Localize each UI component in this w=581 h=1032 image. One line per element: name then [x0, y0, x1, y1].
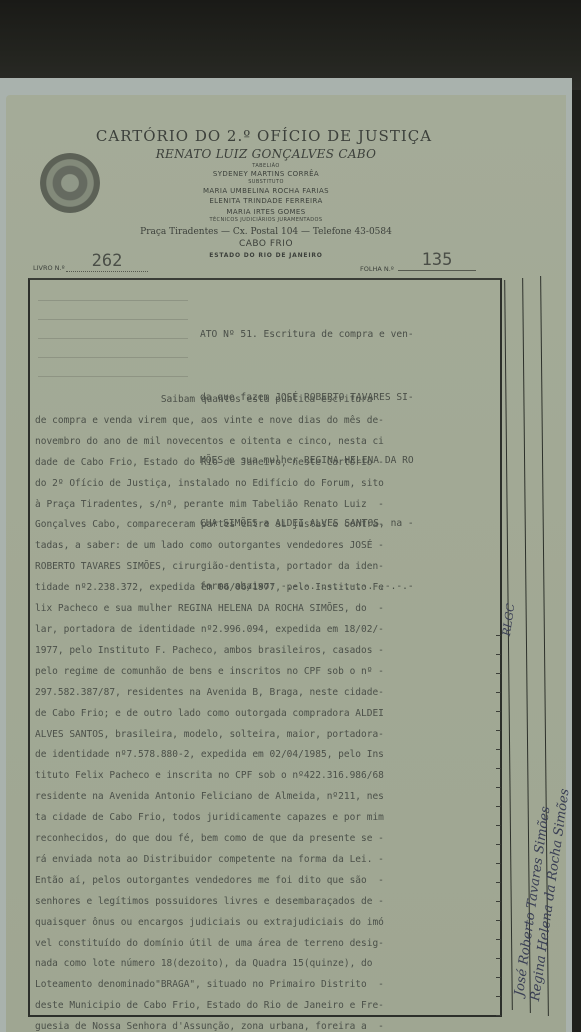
margin-tick — [496, 768, 501, 769]
staff-role: TÉCNICOS JUDICIÁRIOS JURAMENTADOS — [136, 217, 396, 223]
margin-tick — [496, 635, 501, 636]
staff-3: MARIA IRTES GOMES — [136, 208, 396, 216]
faint-ruled-lines — [38, 300, 188, 395]
deed-line: residente na Avenida Antonio Feliciano d… — [35, 787, 500, 808]
deed-line: lar, portadora de identidade nº2.996.094… — [35, 620, 500, 641]
deed-line: do 2º Ofício de Justiça, instalado no Ed… — [35, 474, 500, 495]
deed-line: reconhecidos, do que dou fé, bem como de… — [35, 829, 500, 850]
deed-line: Loteamento denominado"BRAGA", situado no… — [35, 975, 500, 996]
margin-tick — [496, 806, 501, 807]
livro-number: 262 — [66, 251, 148, 272]
livro-label: LIVRO N.º — [33, 264, 65, 272]
margin-tick — [496, 863, 501, 864]
lead-line: ATO Nº 51. Escritura de compra e ven- — [200, 324, 492, 345]
margin-tick — [496, 844, 501, 845]
margin-tick — [496, 787, 501, 788]
margin-tick — [496, 825, 501, 826]
margin-tick — [496, 654, 501, 655]
deed-line: deste Municipio de Cabo Frio, Estado do … — [35, 996, 500, 1017]
notary-role: TABELIÃO — [136, 163, 396, 169]
deed-line: ALVES SANTOS, brasileira, modelo, soltei… — [35, 725, 500, 746]
folha-label: FOLHA N.º — [360, 265, 394, 273]
margin-tick — [496, 692, 501, 693]
deed-line: tidade nº2.238.372, expedida em 06/06/19… — [35, 578, 500, 599]
margin-tick — [496, 958, 501, 959]
deed-line: de compra e venda virem que, aos vinte e… — [35, 411, 500, 432]
folha-number: 135 — [398, 250, 476, 271]
coat-of-arms-icon — [40, 153, 100, 213]
deed-line: ta cidade de Cabo Frio, todos juridicame… — [35, 808, 500, 829]
office-title: CARTÓRIO DO 2.º OFÍCIO DE JUSTIÇA — [84, 127, 444, 145]
deed-body-text: Saibam quantos esta pública escriturade … — [35, 390, 500, 1032]
margin-tick — [496, 749, 501, 750]
deed-line: ROBERTO TAVARES SIMÕES, cirurgião-dentis… — [35, 557, 500, 578]
notary-name: RENATO LUIZ GONÇALVES CABO — [106, 147, 426, 161]
margin-tick — [496, 939, 501, 940]
deed-line: lix Pacheco e sua mulher REGINA HELENA D… — [35, 599, 500, 620]
deed-text-frame: ATO Nº 51. Escritura de compra e ven- da… — [28, 278, 502, 1017]
margin-tick — [496, 977, 501, 978]
deed-line: rá enviada nota ao Distribuidor competen… — [35, 850, 500, 871]
margin-tick — [496, 882, 501, 883]
deed-line: de Cabo Frio; e de outro lado como outor… — [35, 704, 500, 725]
office-state: ESTADO DO RIO DE JANEIRO — [166, 252, 366, 259]
deed-line: 297.582.387/87, residentes na Avenida B,… — [35, 683, 500, 704]
deed-line: Saibam quantos esta pública escritura — [35, 390, 500, 411]
deed-line: Gonçalves Cabo, compareceram partes entr… — [35, 515, 500, 536]
deed-line: à Praça Tiradentes, s/nº, perante mim Ta… — [35, 495, 500, 516]
margin-tick — [496, 920, 501, 921]
deed-line: tituto Felix Pacheco e inscrita no CPF s… — [35, 766, 500, 787]
staff-2: ELENITA TRINDADE FERREIRA — [136, 197, 396, 205]
margin-tick — [496, 711, 501, 712]
office-address: Praça Tiradentes — Cx. Postal 104 — Tele… — [96, 227, 436, 237]
substitute-role: SUBSTITUTO — [136, 179, 396, 185]
deed-line: de identidade nº7.578.880-2, expedida em… — [35, 745, 500, 766]
deed-line: Então aí, pelos outorgantes vendedores m… — [35, 871, 500, 892]
deed-line: guesia de Nossa Senhora d'Assunção, zona… — [35, 1017, 500, 1032]
margin-tick — [496, 1015, 501, 1016]
margin-rule-1 — [504, 280, 513, 1010]
margin-tick — [496, 673, 501, 674]
office-city: CABO FRIO — [186, 239, 346, 249]
substitute-name: SYDENEY MARTINS CORRÊA — [136, 170, 396, 178]
staff-1: MARIA UMBELINA ROCHA FARIAS — [136, 187, 396, 195]
margin-tick — [496, 996, 501, 997]
deed-line: vel constituído do domínio útil de uma á… — [35, 934, 500, 955]
deed-line: quaisquer ônus ou encargos judiciais ou … — [35, 913, 500, 934]
dark-background — [0, 0, 581, 90]
notary-deed-page: CARTÓRIO DO 2.º OFÍCIO DE JUSTIÇA RENATO… — [6, 95, 566, 1032]
deed-line: senhores e legítimos possuidores livres … — [35, 892, 500, 913]
deed-line: dade de Cabo Frio, Estado do Rio de Jane… — [35, 453, 500, 474]
deed-line: 1977, pelo Instituto F. Pacheco, ambos b… — [35, 641, 500, 662]
margin-initials: RLGC — [500, 603, 517, 637]
deed-line: novembro do ano de mil novecentos e oite… — [35, 432, 500, 453]
margin-tick — [496, 730, 501, 731]
margin-tick — [496, 901, 501, 902]
deed-line: nada como lote número 18(dezoito), da Qu… — [35, 954, 500, 975]
deed-line: tadas, a saber: de um lado como outorgan… — [35, 536, 500, 557]
deed-line: pelo regime de comunhão de bens e inscri… — [35, 662, 500, 683]
